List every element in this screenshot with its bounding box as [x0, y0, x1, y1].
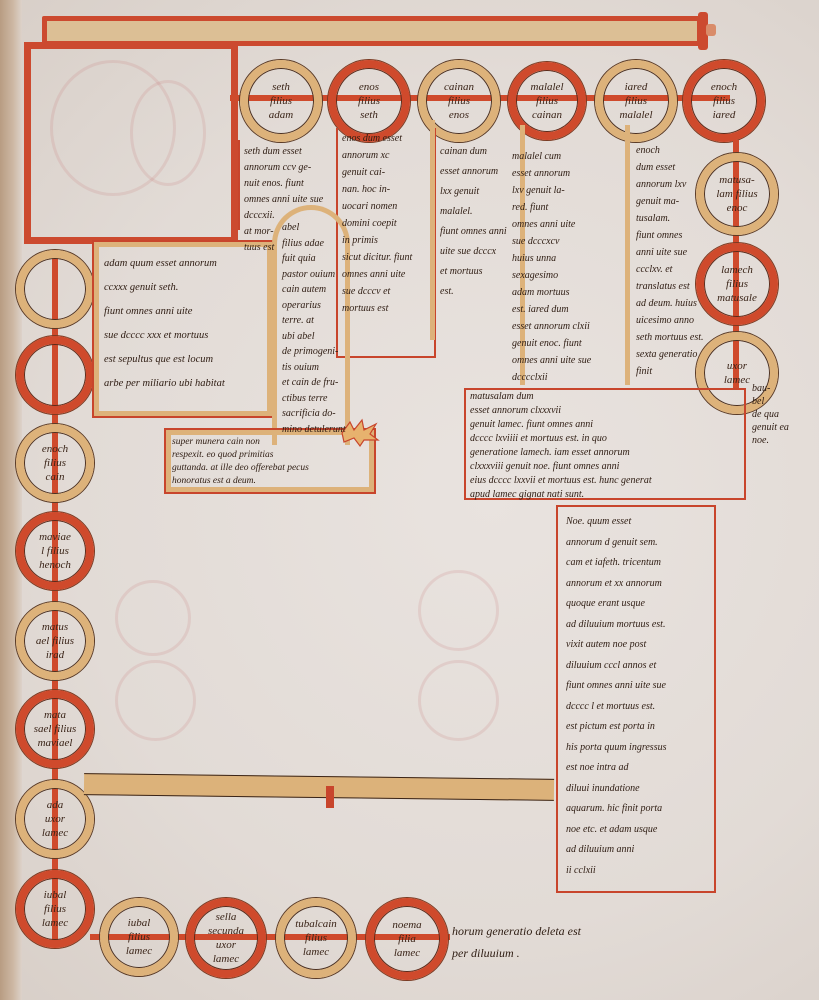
circle-iubal: iubal filius lamec	[100, 898, 178, 976]
circle-label: seth filius adam	[269, 80, 293, 122]
text-adam: adam quum esset annorum ccxxx genuit set…	[104, 252, 274, 396]
empty-frame-panel	[24, 42, 238, 244]
circle-label: lamech filius matusale	[717, 263, 757, 305]
circle-label: iubal filius lamec	[42, 888, 68, 930]
circle-iabal: iubal filius lamec	[16, 870, 94, 948]
circle-empty-2	[16, 336, 94, 414]
circle-empty-1	[16, 250, 94, 328]
circle-matusael: matus ael filius irad	[16, 602, 94, 680]
circle-seth: seth filius adam	[240, 60, 322, 142]
circle-tubalcain: tubalcain filius lamec	[276, 898, 356, 978]
text-lamech-side: bau- bel de qua genuit ea noe.	[752, 382, 812, 447]
circle-label: uxor lamec	[724, 359, 750, 387]
circle-label: mata sael filius maviael	[34, 708, 76, 750]
circle-label: malalel filius cainan	[531, 80, 564, 122]
scroll-finial	[706, 24, 716, 36]
circle-enoch-cain: enoch filius cain	[16, 424, 94, 502]
text-malalel: malalel cum esset annorum lxv genuit la-…	[512, 148, 624, 386]
circle-label: maviae l filius henoch	[39, 530, 71, 572]
circle-lamech: lamech filius matusale	[696, 243, 778, 325]
circle-label: matus ael filius irad	[36, 620, 74, 662]
circle-label: enos filius seth	[358, 80, 380, 122]
bleedthrough-circle	[115, 580, 191, 656]
circle-label: noema filia lamec	[392, 918, 421, 960]
bleedthrough-circle	[418, 660, 499, 741]
circle-label: iared filius malalel	[620, 80, 653, 122]
circle-sella: sella secunda uxor lamec	[186, 898, 266, 978]
bleedthrough-circle	[115, 660, 196, 741]
circle-enoch: enoch filius iared	[683, 60, 765, 142]
text-enoch: enoch dum esset annorum lxv genuit ma- t…	[636, 142, 704, 380]
circle-noema: noema filia lamec	[366, 898, 448, 980]
circle-label: enoch filius iared	[711, 80, 737, 122]
text-footer-deluge: horum generatio deleta est per diluuium …	[452, 920, 712, 964]
text-noe: Noe. quum esset annorum d genuit sem. ca…	[566, 512, 716, 881]
circle-label: ada uxor lamec	[42, 798, 68, 840]
circle-maviael: maviae l filius henoch	[16, 512, 94, 590]
circle-label: iubal filius lamec	[126, 916, 152, 958]
circle-label: matusa- lam filius enoc	[716, 173, 757, 215]
bar-divider	[326, 786, 334, 808]
circle-label: cainan filius enos	[444, 80, 474, 122]
circle-label: enoch filius cain	[42, 442, 68, 484]
text-enos: enos dum esset annorum xc genuit cai- na…	[342, 130, 434, 317]
binding-gutter	[0, 0, 22, 1000]
text-matusalam: matusalam dum esset annorum clxxxvii gen…	[470, 390, 740, 502]
circle-matusalam: matusa- lam filius enoc	[696, 153, 778, 235]
bleedthrough-circle	[418, 570, 499, 651]
text-abel: abel filius adae fuit quia pastor ouium …	[282, 220, 346, 437]
circle-label: sella secunda uxor lamec	[208, 910, 244, 966]
circle-ada: ada uxor lamec	[16, 780, 94, 858]
circle-matasael: mata sael filius maviael	[16, 690, 94, 768]
text-cain: super munera cain non respexit. eo quod …	[172, 436, 372, 488]
circle-label: tubalcain filius lamec	[295, 917, 337, 959]
text-cainan: cainan dum esset annorum lxx genuit mala…	[440, 142, 520, 302]
